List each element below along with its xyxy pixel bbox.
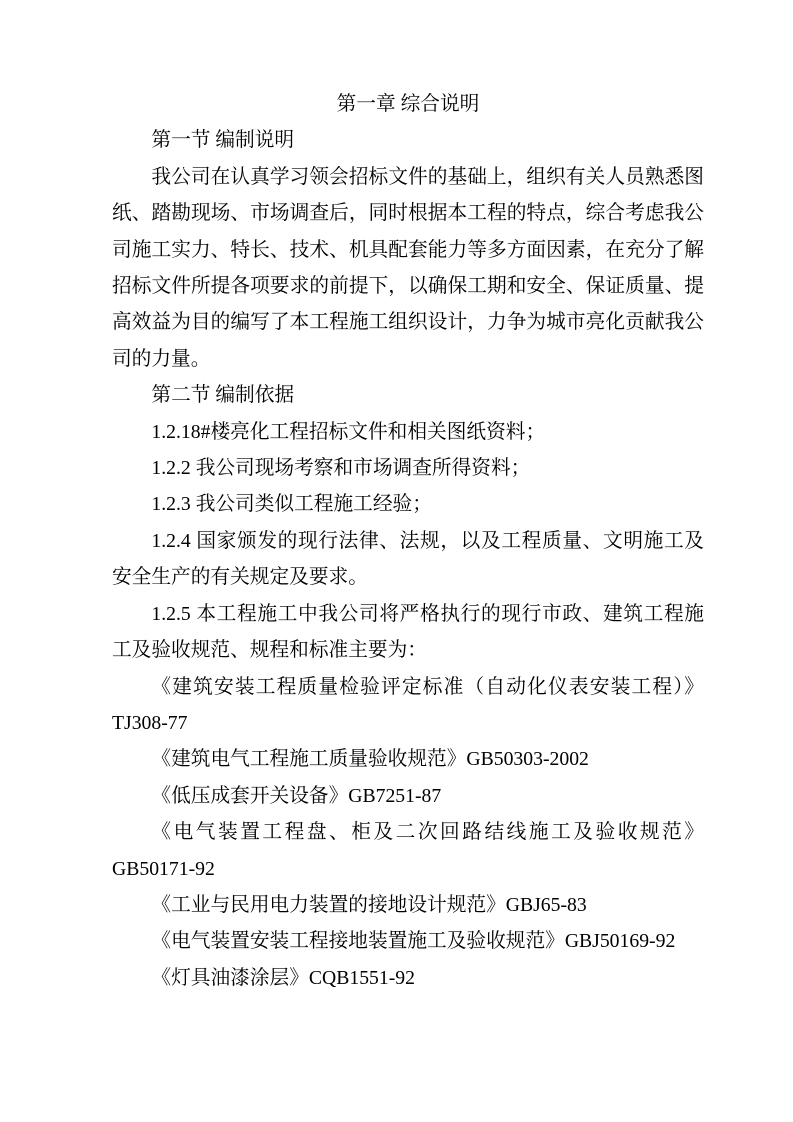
paragraph: 《灯具油漆涂层》CQB1551-92	[112, 960, 704, 996]
section-heading: 第二节 编制依据	[112, 377, 704, 413]
paragraph: 《电气装置工程盘、柜及二次回路结线施工及验收规范》GB50171-92	[112, 814, 704, 887]
paragraph: 《建筑电气工程施工质量验收规范》GB50303-2002	[112, 741, 704, 777]
paragraph: 《低压成套开关设备》GB7251-87	[112, 778, 704, 814]
section-heading: 第一节 编制说明	[112, 122, 704, 158]
document-page: 第一章 综合说明第一节 编制说明我公司在认真学习领会招标文件的基础上，组织有关人…	[0, 0, 793, 1122]
paragraph: 1.2.4 国家颁发的现行法律、法规，以及工程质量、文明施工及安全生产的有关规定…	[112, 523, 704, 596]
paragraph: 1.2.3 我公司类似工程施工经验；	[112, 486, 704, 522]
paragraph: 1.2.5 本工程施工中我公司将严格执行的现行市政、建筑工程施工及验收规范、规程…	[112, 596, 704, 669]
chapter-title: 第一章 综合说明	[112, 86, 704, 122]
paragraph: 1.2.18#楼亮化工程招标文件和相关图纸资料；	[112, 414, 704, 450]
paragraph: 《工业与民用电力装置的接地设计规范》GBJ65-83	[112, 887, 704, 923]
paragraph: 《电气装置安装工程接地装置施工及验收规范》GBJ50169-92	[112, 923, 704, 959]
paragraph: 《建筑安装工程质量检验评定标准（自动化仪表安装工程）》TJ308-77	[112, 669, 704, 742]
paragraph: 1.2.2 我公司现场考察和市场调查所得资料；	[112, 450, 704, 486]
paragraph: 我公司在认真学习领会招标文件的基础上，组织有关人员熟悉图纸、踏勘现场、市场调查后…	[112, 159, 704, 377]
document-body: 第一章 综合说明第一节 编制说明我公司在认真学习领会招标文件的基础上，组织有关人…	[112, 86, 704, 996]
